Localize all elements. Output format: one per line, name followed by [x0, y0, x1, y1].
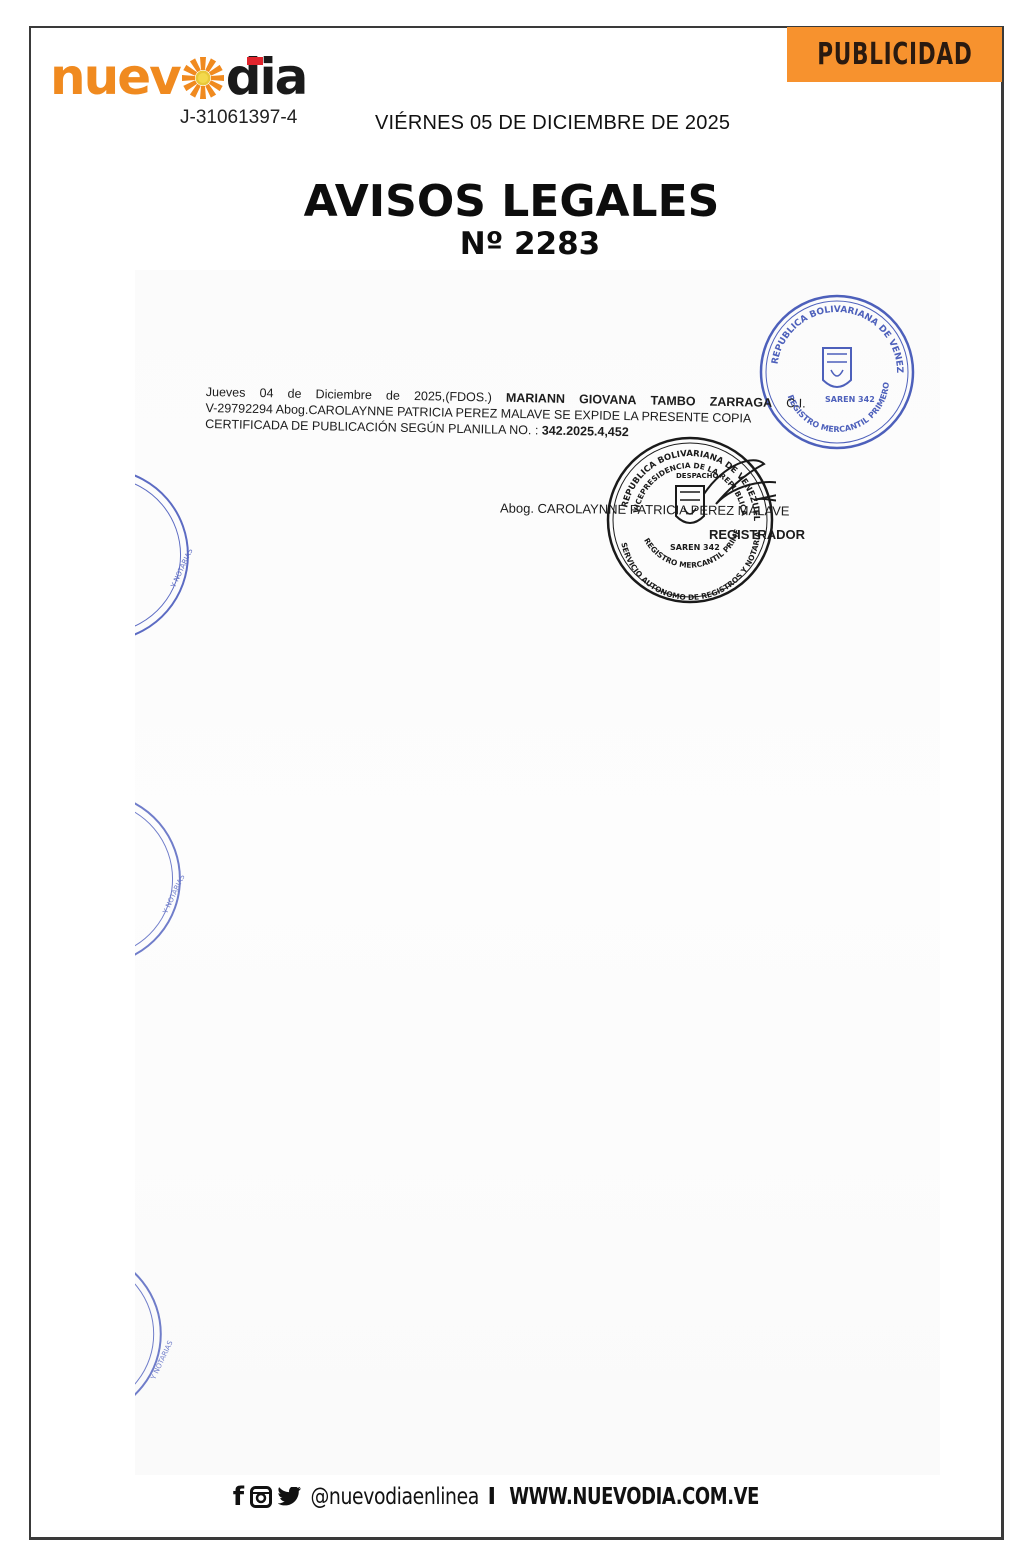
svg-text:REPUBLICA BOLIVARIANA DE VENEZ: REPUBLICA BOLIVARIANA DE VENEZUELA — [755, 290, 904, 374]
margin-stamp-3: Y NOTARIAS — [135, 1250, 195, 1420]
logo-text-part2: dia — [226, 52, 307, 102]
publication-date: VIÉRNES 05 DE DICIEMBRE DE 2025 — [375, 112, 730, 135]
footer: f @nuevodiaenlinea I WWW.NUEVODIA.COM.VE — [0, 1484, 1027, 1510]
social-icons: f — [233, 1484, 302, 1510]
margin-stamp-1: Y NOTARIAS — [135, 468, 205, 643]
blue-stamp-center-text: SAREN 342 — [825, 395, 875, 404]
logo-accent-mark — [247, 57, 263, 65]
website-link[interactable]: WWW.NUEVODIA.COM.VE — [509, 1484, 759, 1510]
nuevodia-logo: nuev dia — [50, 42, 306, 102]
sun-icon — [181, 56, 225, 100]
margin-stamp-1-text: Y NOTARIAS — [169, 547, 195, 590]
margin-stamp-2: Y NOTARIAS — [135, 792, 205, 967]
twitter-icon[interactable] — [278, 1487, 302, 1507]
instagram-icon[interactable] — [250, 1486, 272, 1508]
signer-name: Abog. CAROLAYNNE PATRICIA PEREZ MALAVE — [500, 500, 790, 518]
issue-number: Nº 2283 — [0, 226, 1027, 262]
section-badge: PUBLICIDAD — [787, 27, 1002, 82]
page-title: AVISOS LEGALES — [0, 176, 1025, 227]
logo-text-part1: nuev — [50, 52, 180, 102]
black-stamp-center-text: SAREN 342 — [670, 543, 720, 552]
facebook-icon[interactable]: f — [233, 1484, 244, 1510]
rif-number: J-31061397-4 — [180, 107, 297, 129]
black-stamp-office-text: DESPACHO — [676, 472, 719, 480]
black-official-stamp: REPUBLICA BOLIVARIANA DE VENEZUELA VICEP… — [604, 434, 776, 606]
blue-stamp-top-text: REPUBLICA BOLIVARIANA DE VENEZUELA — [755, 290, 904, 374]
section-badge-label: PUBLICIDAD — [817, 37, 972, 72]
signer-role: REGISTRADOR — [709, 527, 805, 542]
footer-separator: I — [487, 1484, 496, 1510]
social-handle[interactable]: @nuevodiaenlinea — [311, 1484, 479, 1510]
